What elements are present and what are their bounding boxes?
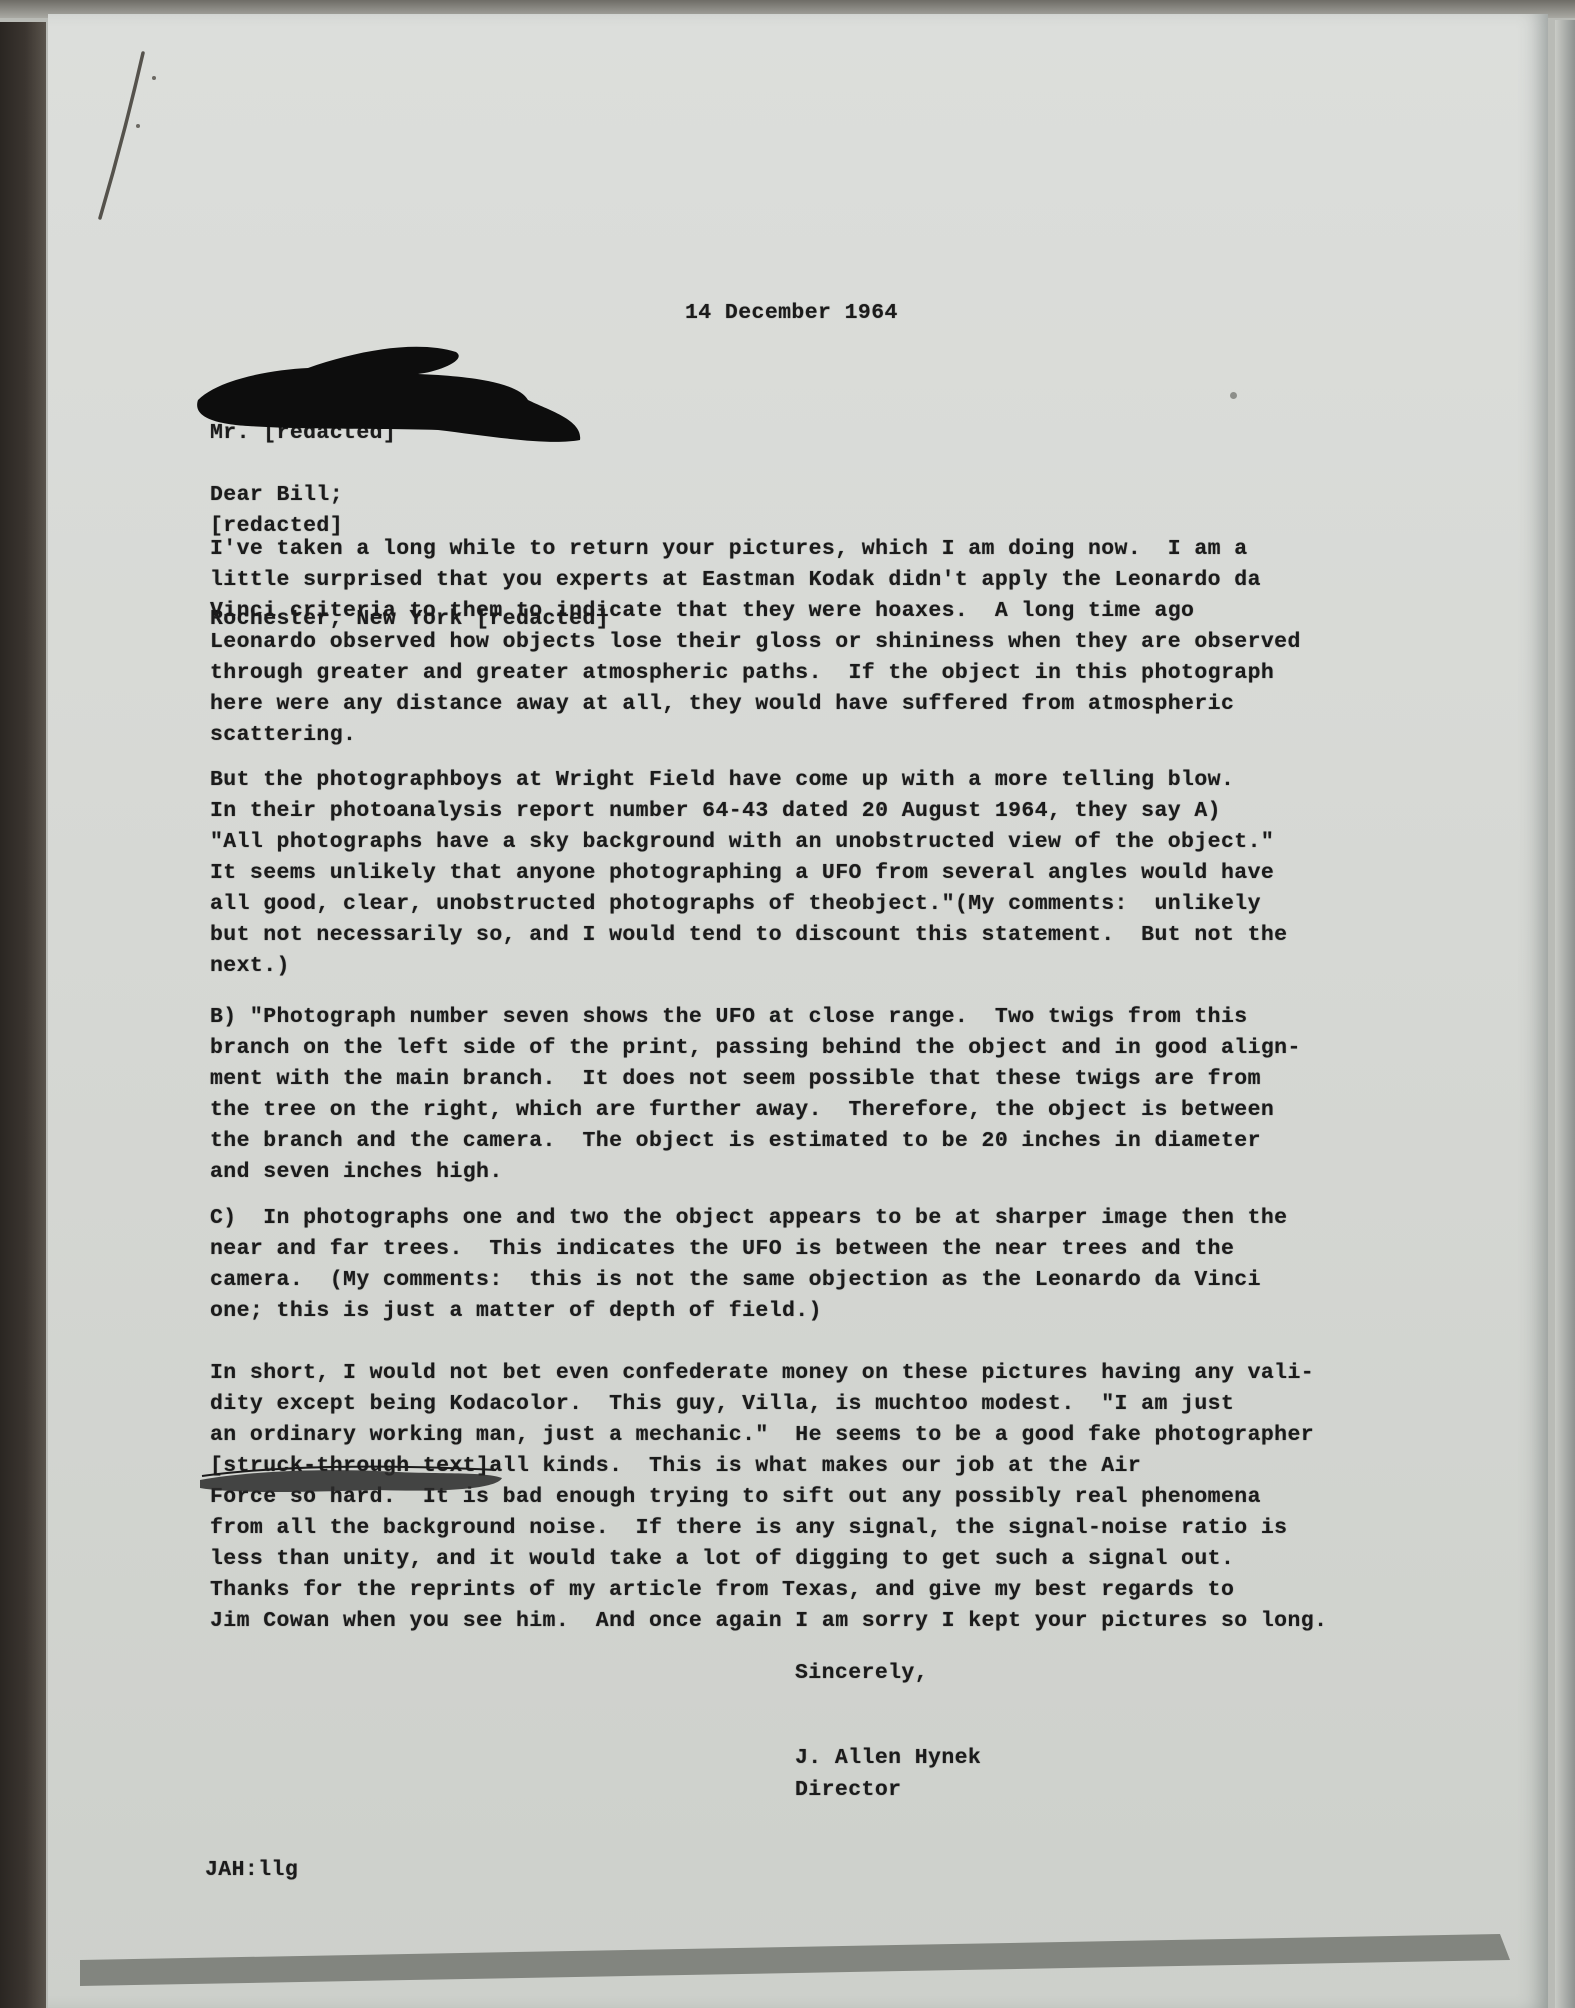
- text-line: the branch and the camera. The object is…: [210, 1126, 1470, 1157]
- text-line: but not necessarily so, and I would tend…: [210, 920, 1470, 951]
- text-line: one; this is just a matter of depth of f…: [210, 1296, 1470, 1327]
- paragraph-4: C) In photographs one and two the object…: [210, 1203, 1470, 1327]
- text-line: scattering.: [210, 720, 1470, 751]
- text-line: branch on the left side of the print, pa…: [210, 1033, 1470, 1064]
- text-line: near and far trees. This indicates the U…: [210, 1234, 1470, 1265]
- strikethrough-mark: [196, 1458, 506, 1498]
- text-line: dity except being Kodacolor. This guy, V…: [210, 1389, 1470, 1420]
- text-line: from all the background noise. If there …: [210, 1513, 1470, 1544]
- redaction-mark: [188, 330, 588, 450]
- text-line: the tree on the right, which are further…: [210, 1095, 1470, 1126]
- text-line: and seven inches high.: [210, 1157, 1470, 1188]
- text-line: I've taken a long while to return your p…: [210, 534, 1470, 565]
- text-line: In short, I would not bet even confedera…: [210, 1358, 1470, 1389]
- text-line: all good, clear, unobstructed photograph…: [210, 889, 1470, 920]
- paragraph-1: I've taken a long while to return your p…: [210, 534, 1470, 751]
- text-line: ment with the main branch. It does not s…: [210, 1064, 1470, 1095]
- text-line: But the photographboys at Wright Field h…: [210, 765, 1470, 796]
- reference-initials: JAH:llg: [205, 1855, 298, 1886]
- letter-date: 14 December 1964: [685, 298, 898, 329]
- text-line: It seems unlikely that anyone photograph…: [210, 858, 1470, 889]
- text-line: Thanks for the reprints of my article fr…: [210, 1575, 1470, 1606]
- text-line: In their photoanalysis report number 64-…: [210, 796, 1470, 827]
- paragraph-3: B) "Photograph number seven shows the UF…: [210, 1002, 1470, 1188]
- salutation: Dear Bill;: [210, 480, 343, 511]
- text-line: an ordinary working man, just a mechanic…: [210, 1420, 1470, 1451]
- text-line: C) In photographs one and two the object…: [210, 1203, 1470, 1234]
- text-line: Leonardo observed how objects lose their…: [210, 627, 1470, 658]
- text-line: camera. (My comments: this is not the sa…: [210, 1265, 1470, 1296]
- text-line: Jim Cowan when you see him. And once aga…: [210, 1606, 1470, 1637]
- signature-title: Director: [795, 1775, 901, 1806]
- letter: 14 December 1964 Mr. [redacted] [redacte…: [0, 0, 1575, 2008]
- text-line: little surprised that you experts at Eas…: [210, 565, 1470, 596]
- closing: Sincerely,: [795, 1658, 928, 1689]
- text-line: "All photographs have a sky background w…: [210, 827, 1470, 858]
- signature-name: J. Allen Hynek: [795, 1743, 981, 1774]
- text-line: B) "Photograph number seven shows the UF…: [210, 1002, 1470, 1033]
- paragraph-2: But the photographboys at Wright Field h…: [210, 765, 1470, 982]
- text-line: Vinci criteria to them to indicate that …: [210, 596, 1470, 627]
- photo-bottom-shadow: [80, 1930, 1510, 1986]
- text-line: here were any distance away at all, they…: [210, 689, 1470, 720]
- text-line: less than unity, and it would take a lot…: [210, 1544, 1470, 1575]
- text-line: next.): [210, 951, 1470, 982]
- text-line: through greater and greater atmospheric …: [210, 658, 1470, 689]
